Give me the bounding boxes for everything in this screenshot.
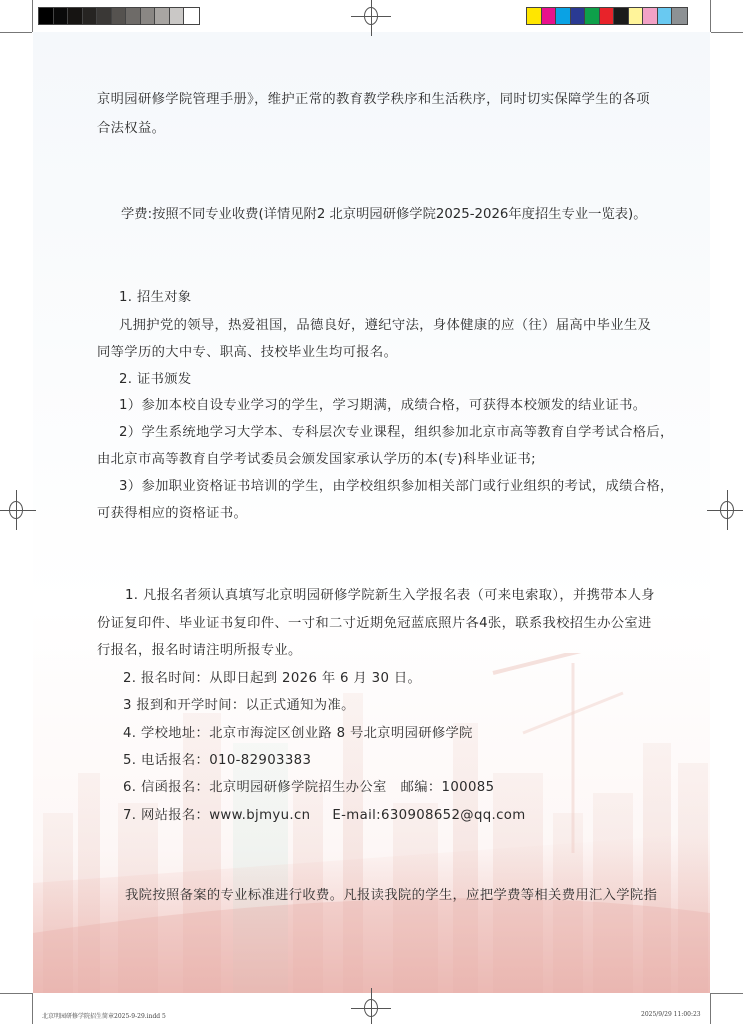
website-link[interactable]: www.bjmyu.cn xyxy=(209,808,310,823)
gray-swatch xyxy=(184,8,199,24)
phone-number[interactable]: 010-82903383 xyxy=(209,753,311,768)
light-magenta-swatch xyxy=(643,8,658,24)
enrollment-target-line-2: 同等学历的大中专、职高、技校毕业生均可报名。 xyxy=(97,343,397,363)
gray-swatch xyxy=(141,8,156,24)
certificate-item-3-line-2: 可获得相应的资格证书。 xyxy=(97,504,247,524)
gray-swatch xyxy=(155,8,170,24)
phone-registration: 5. 电话报名：010-82903383 xyxy=(123,751,311,771)
process-color-bar xyxy=(526,7,688,25)
yellow-swatch xyxy=(527,8,542,24)
enrollment-start-time: 3 报到和开学时间：以正式通知为准。 xyxy=(123,696,355,716)
gray-swatch xyxy=(83,8,98,24)
registration-item-1-line-2: 份证复印件、毕业证书复印件、一寸和二寸近期免冠蓝底照片各4张，联系我校招生办公室… xyxy=(97,614,652,634)
registration-item-1-line-3: 行报名，报名时请注明所报专业。 xyxy=(97,641,302,661)
red-swatch xyxy=(600,8,615,24)
crop-mark-top-right-v xyxy=(710,0,711,32)
certificate-item-1: 1）参加本校自设专业学习的学生，学习期满，成绩合格，可获得本校颁发的结业证书。 xyxy=(119,396,646,416)
black-swatch xyxy=(614,8,629,24)
section-heading-certificates: 2. 证书颁发 xyxy=(119,370,192,390)
registration-mark-right xyxy=(707,490,743,530)
tuition-paragraph: 学费:按照不同专业收费(详情见附2 北京明园研修学院2025-2026年度招生专… xyxy=(121,205,647,225)
enrollment-target-line-1: 凡拥护党的领导，热爱祖国，品德良好，遵纪守法，身体健康的应（往）届高中毕业生及 xyxy=(119,316,651,336)
gray-swatch xyxy=(112,8,127,24)
light-cyan-swatch xyxy=(658,8,673,24)
gray-swatch xyxy=(126,8,141,24)
certificate-item-2-line-2: 由北京市高等教育自学考试委员会颁发国家承认学历的本(专)科毕业证书; xyxy=(97,450,536,470)
light-yellow-swatch xyxy=(629,8,644,24)
gray-swatch xyxy=(672,8,687,24)
gray-swatch xyxy=(39,8,54,24)
gray-swatch xyxy=(68,8,83,24)
web-label: 7. 网站报名： xyxy=(123,808,209,823)
crop-mark-top-left-v xyxy=(32,0,33,32)
fees-note: 我院按照备案的专业标准进行收费。凡报读我院的学生，应把学费等相关费用汇入学院指 xyxy=(125,886,657,906)
gray-swatch xyxy=(54,8,69,24)
registration-mark-bottom xyxy=(351,988,391,1024)
registration-item-1-line-1: 1. 凡报名者须认真填写北京明园研修学院新生入学报名表（可来电索取），并携带本人… xyxy=(125,586,655,606)
mail-registration: 6. 信函报名：北京明园研修学院招生办公室邮编：100085 xyxy=(123,778,494,798)
postcode: 邮编：100085 xyxy=(401,780,495,795)
crop-mark-top-right-h xyxy=(711,32,743,33)
magenta-swatch xyxy=(542,8,557,24)
email-link[interactable]: E-mail:630908652@qq.com xyxy=(332,808,525,823)
phone-label: 5. 电话报名： xyxy=(123,753,209,768)
school-address: 4. 学校地址：北京市海淀区创业路 8 号北京明园研修学院 xyxy=(123,724,473,744)
intro-line-1: 京明园研修学院管理手册》，维护正常的教育教学秩序和生活秩序，同时切实保障学生的各… xyxy=(97,90,650,110)
intro-line-2: 合法权益。 xyxy=(97,119,165,139)
gray-swatch xyxy=(97,8,112,24)
gray-swatch xyxy=(170,8,185,24)
registration-mark-top xyxy=(351,0,391,36)
green-swatch xyxy=(585,8,600,24)
crop-mark-top-left-h xyxy=(0,32,32,33)
grayscale-color-bar xyxy=(38,7,200,25)
registration-mark-left xyxy=(0,490,36,530)
cyan-swatch xyxy=(556,8,571,24)
web-registration: 7. 网站报名：www.bjmyu.cnE-mail:630908652@qq.… xyxy=(123,806,526,826)
crop-mark-bottom-right-h xyxy=(711,993,743,994)
section-heading-enrollment-target: 1. 招生对象 xyxy=(119,288,192,308)
crop-mark-bottom-left-v xyxy=(32,993,33,1024)
crop-mark-bottom-right-v xyxy=(710,993,711,1024)
blue-swatch xyxy=(571,8,586,24)
slug-timestamp: 2025/9/29 11:00:23 xyxy=(641,1011,701,1018)
crop-mark-bottom-left-h xyxy=(0,993,32,994)
certificate-item-2-line-1: 2）学生系统地学习大学本、专科层次专业课程，组织参加北京市高等教育自学考试合格后… xyxy=(119,423,674,443)
registration-time: 2. 报名时间：从即日起到 2026 年 6 月 30 日。 xyxy=(123,669,421,689)
mail-label: 6. 信函报名：北京明园研修学院招生办公室 xyxy=(123,780,387,795)
slug-file-info: 北京明园研修学院招生简章2025-9-29.indd 5 xyxy=(42,1011,166,1020)
certificate-item-3-line-1: 3）参加职业资格证书培训的学生，由学校组织参加相关部门或行业组织的考试，成绩合格… xyxy=(119,477,674,497)
